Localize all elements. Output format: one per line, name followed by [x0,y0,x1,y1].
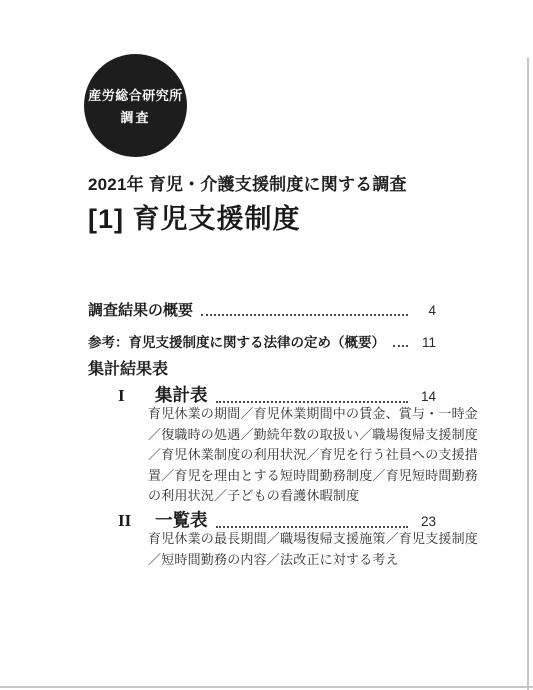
page-edge-line [0,686,533,688]
dot-leader [201,314,408,316]
toc-item-label: 調査結果の概要 [88,299,193,320]
dot-leader [216,401,409,403]
toc-section-description: 育児休業の最長期間／職場復帰支援施策／育児支援制度 ／短時間勤務の内容／法改正に… [148,528,478,570]
toc-heading-label: 集計結果表 [88,356,168,379]
publisher-name: 産労総合研究所 [88,85,183,104]
description-line: 置／育児を理由とする短時間勤務制度／育児短時間勤務 [148,466,478,487]
description-line: ／復職時の処遇／勤続年数の取扱い／職場復帰支援制度 [148,425,478,446]
description-line: ／短時間勤務の内容／法改正に対する考え [148,549,478,570]
description-line: 育児休業の最長期間／職場復帰支援施策／育児支援制度 [148,528,478,549]
document-page: 産労総合研究所 調査 2021年 育児・介護支援制度に関する調査 [1] 育児支… [0,0,533,690]
page-number: 4 [414,303,436,318]
toc-item-overview: 調査結果の概要 4 [88,299,436,320]
description-line: 育児休業の期間／育児休業期間中の賃金、賞与・一時金 [148,404,478,425]
description-line: ／育児休業制度の利用状況／育児を行う社員への支援措 [148,445,478,466]
page-number: 23 [414,514,436,529]
page-number: 11 [414,335,436,350]
page-edge-line [527,58,529,690]
publisher-badge: 産労総合研究所 調査 [84,54,187,157]
page-title: [1] 育児支援制度 [88,197,301,236]
toc-heading-results-tables: 集計結果表 [88,356,436,379]
publisher-survey-label: 調査 [120,107,150,126]
toc-section-description: 育児休業の期間／育児休業期間中の賃金、賞与・一時金 ／復職時の処遇／勤続年数の取… [148,404,478,507]
toc-item-label: 参考：育児支援制度に関する法律の定め（概要） [88,331,385,351]
description-line: の利用状況／子どもの看護休暇制度 [148,486,478,507]
toc-item-reference: 参考：育児支援制度に関する法律の定め（概要） 11 [88,331,436,351]
survey-title: 2021年 育児・介護支援制度に関する調査 [88,170,407,195]
roman-numeral: I [118,386,155,406]
dot-leader [393,345,408,347]
page-number: 14 [414,389,436,404]
